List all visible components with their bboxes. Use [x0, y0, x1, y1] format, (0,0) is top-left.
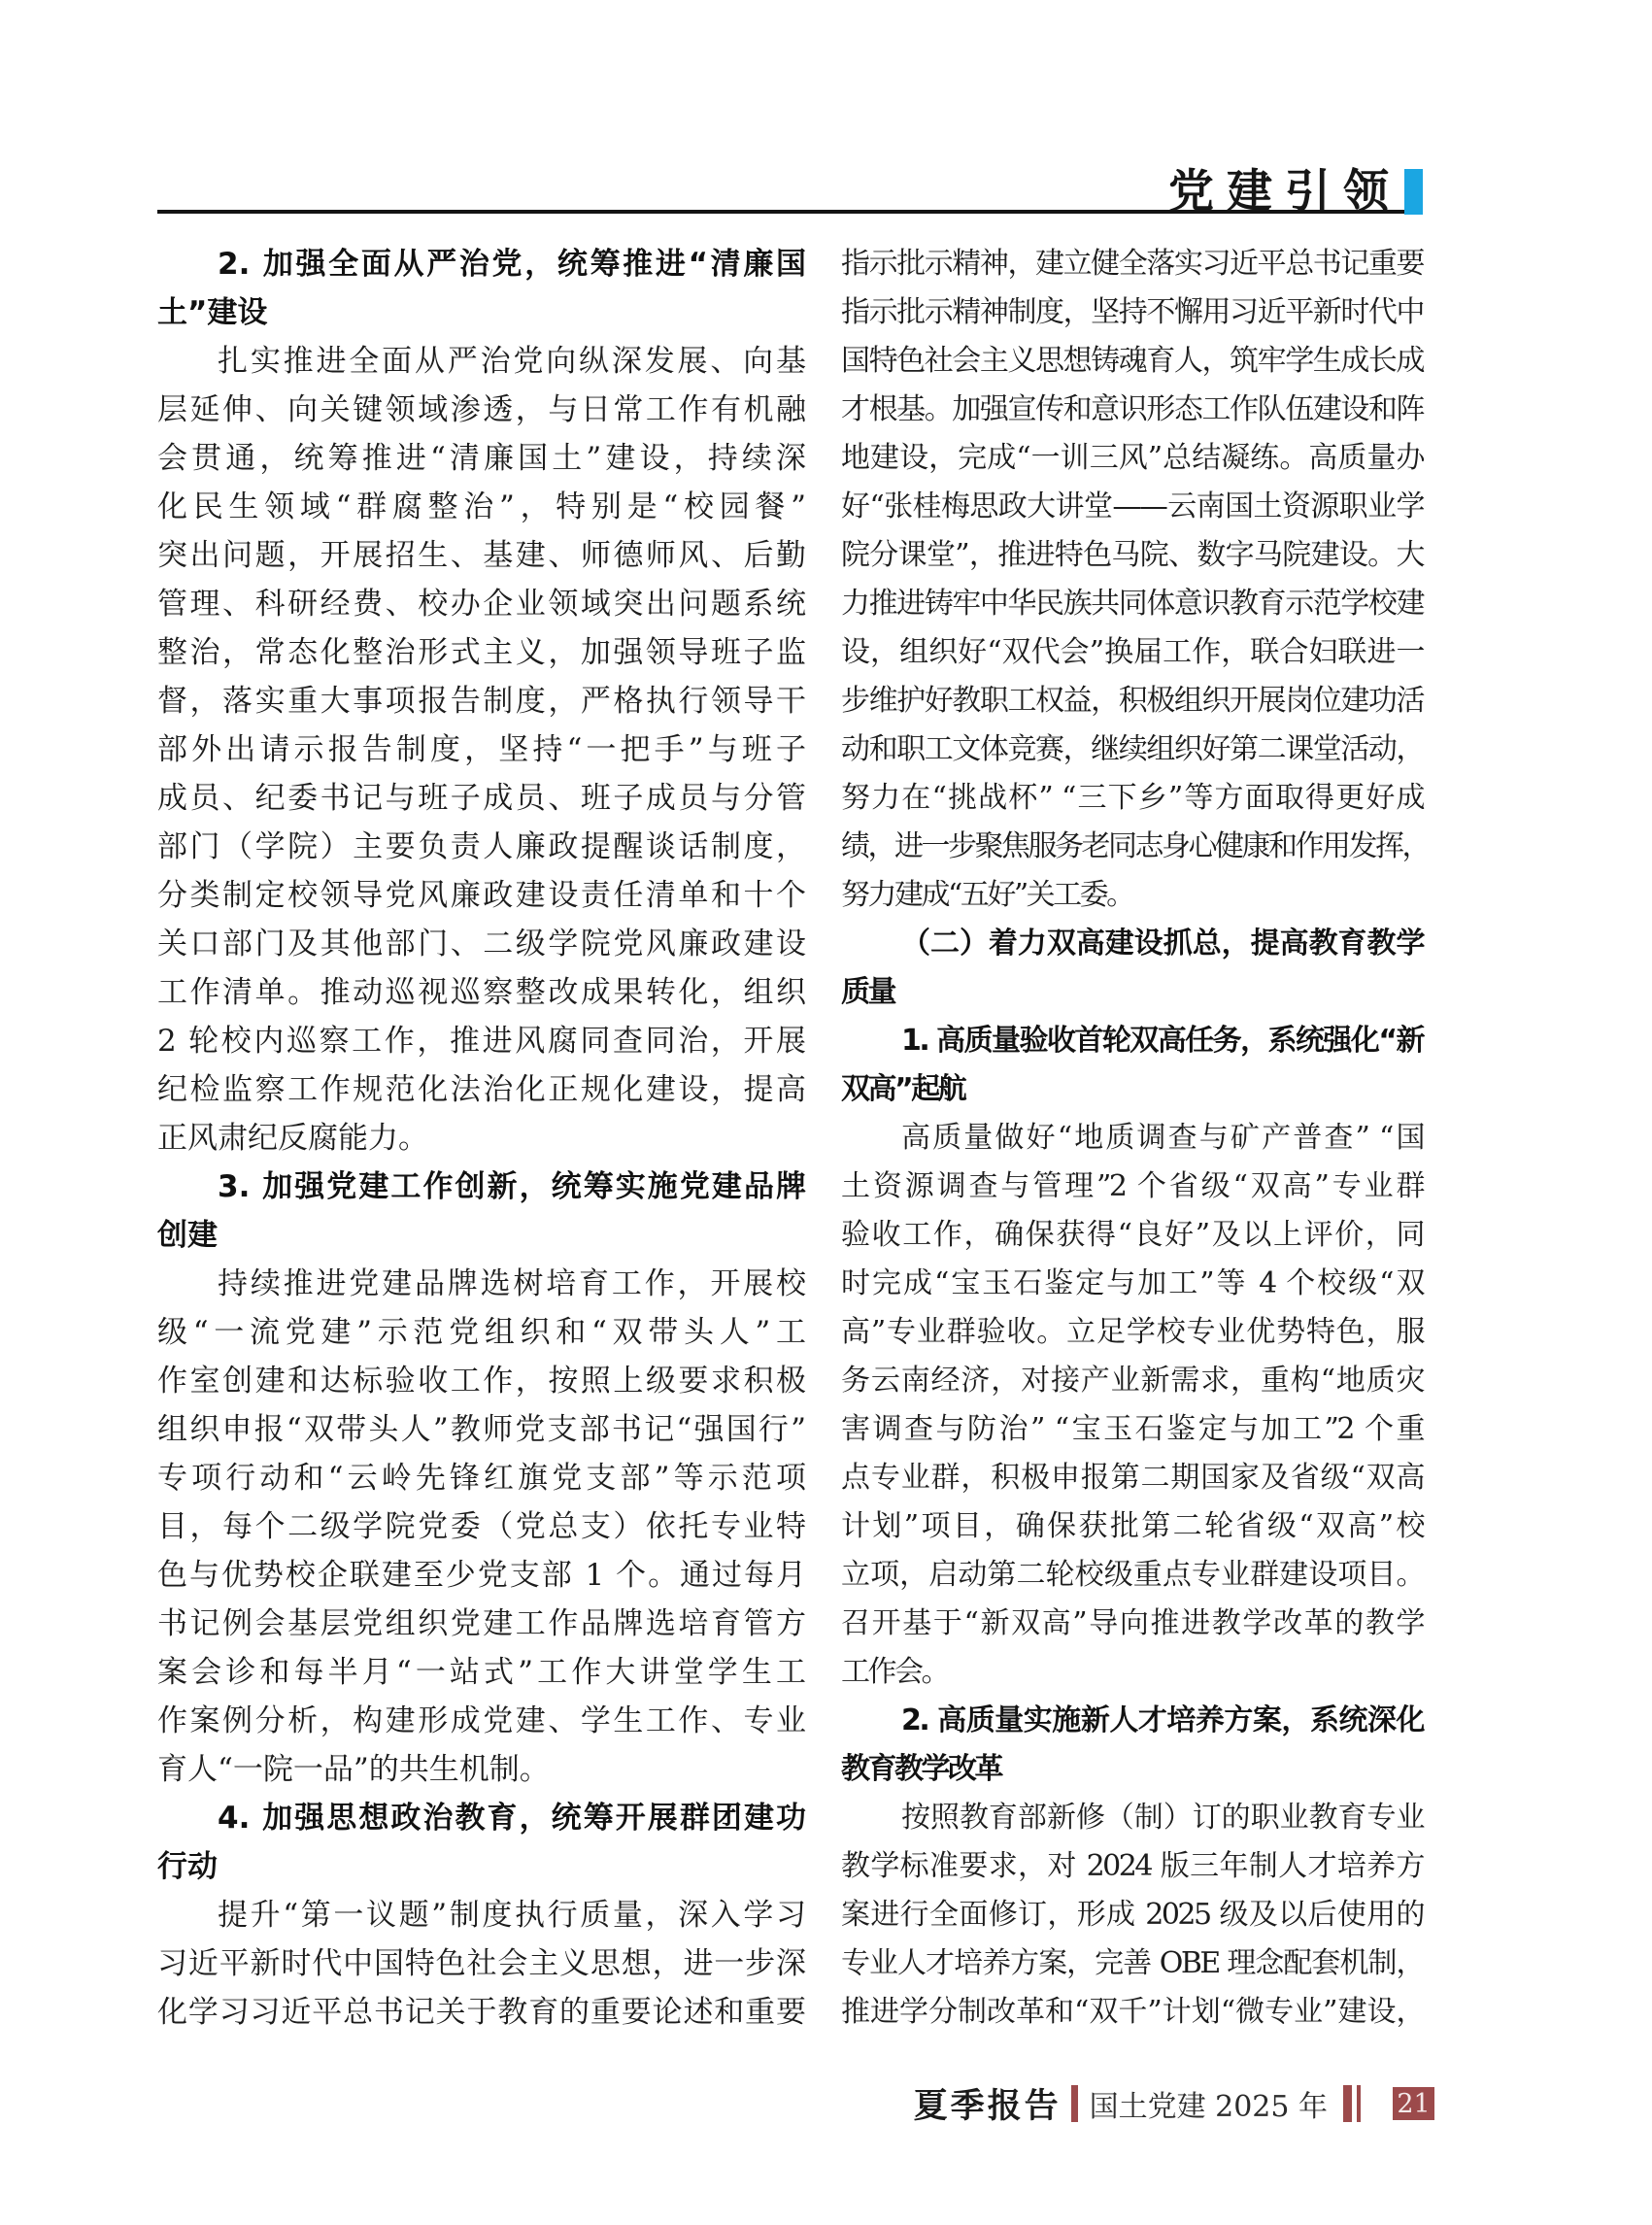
text-line: 层延伸、向关键领域渗透，与日常工作有机融 — [157, 386, 806, 434]
text-line: 3. 加强党建工作创新，统筹实施党建品牌 — [157, 1163, 806, 1211]
text-line: 化民生领域“群腐整治”，特别是“校园餐” — [157, 483, 806, 531]
text-line: 目，每个二级学院党委（党总支）依托专业特 — [157, 1502, 806, 1551]
footer-report-title: 夏季报告 — [914, 2079, 1062, 2128]
footer: 夏季报告 国土党建 2025 年 21 — [914, 2084, 1434, 2123]
text-line: 绩，进一步聚焦服务老同志身心健康和作用发挥， — [841, 823, 1423, 871]
text-line: 质量 — [841, 968, 1423, 1017]
text-line: 努力建成“五好”关工委。 — [841, 871, 1423, 920]
text-line: 扎实推进全面从严治党向纵深发展、向基 — [157, 337, 806, 386]
text-line: 好“张桂梅思政大讲堂——云南国土资源职业学 — [841, 483, 1423, 531]
text-line: 土资源调查与管理”2 个省级“双高”专业群 — [841, 1163, 1423, 1211]
text-line: 工作清单。推动巡视巡察整改成果转化，组织 — [157, 968, 806, 1017]
text-line: 教学标准要求，对 2024 版三年制人才培养方 — [841, 1842, 1423, 1891]
footer-page-number-box: 21 — [1393, 2087, 1434, 2120]
text-line: 化学习习近平总书记关于教育的重要论述和重要 — [157, 1988, 806, 2037]
text-line: 督，落实重大事项报告制度，严格执行领导干 — [157, 677, 806, 725]
text-line: 指示批示精神制度，坚持不懈用习近平新时代中 — [841, 288, 1423, 337]
footer-double-bar-thick — [1343, 2085, 1352, 2122]
text-line: 部外出请示报告制度，坚持“一把手”与班子 — [157, 725, 806, 774]
text-line: 2 轮校内巡察工作，推进风腐同查同治，开展 — [157, 1017, 806, 1065]
text-line: 关口部门及其他部门、二级学院党风廉政建设 — [157, 920, 806, 968]
footer-journal-title: 国土党建 2025 年 — [1090, 2082, 1328, 2125]
text-line: 整治，常态化整治形式主义，加强领导班子监 — [157, 628, 806, 677]
text-line: 时完成“宝玉石鉴定与加工”等 4 个校级“双 — [841, 1260, 1423, 1308]
text-line: 才根基。加强宣传和意识形态工作队伍建设和阵 — [841, 386, 1423, 434]
text-line: 动和职工文体竞赛，继续组织好第二课堂活动， — [841, 725, 1423, 774]
header-rule — [157, 210, 1404, 214]
text-line: 分类制定校领导党风廉政建设责任清单和十个 — [157, 871, 806, 920]
text-line: 点专业群，积极申报第二期国家及省级“双高 — [841, 1454, 1423, 1502]
text-line: 1. 高质量验收首轮双高任务，系统强化“新 — [841, 1017, 1423, 1065]
text-line: 务云南经济，对接产业新需求，重构“地质灾 — [841, 1357, 1423, 1405]
text-line: 持续推进党建品牌选树培育工作，开展校 — [157, 1260, 806, 1308]
text-line: 正风肃纪反腐能力。 — [157, 1114, 806, 1163]
text-line: 会贯通，统筹推进“清廉国土”建设，持续深 — [157, 434, 806, 483]
text-line: 推进学分制改革和“双千”计划“微专业”建设， — [841, 1988, 1423, 2037]
text-line: 工作会。 — [841, 1648, 1423, 1697]
text-line: 纪检监察工作规范化法治化正规化建设，提高 — [157, 1065, 806, 1114]
text-line: 努力在“挑战杯” “三下乡”等方面取得更好成 — [841, 774, 1423, 823]
text-line: 4. 加强思想政治教育，统筹开展群团建功 — [157, 1794, 806, 1842]
text-line: 国特色社会主义思想铸魂育人，筑牢学生成长成 — [841, 337, 1423, 386]
text-line: 立项，启动第二轮校级重点专业群建设项目。 — [841, 1551, 1423, 1600]
text-line: 设，组织好“双代会”换届工作，联合妇联进一 — [841, 628, 1423, 677]
text-line: 创建 — [157, 1211, 806, 1260]
text-line: 专项行动和“云岭先锋红旗党支部”等示范项 — [157, 1454, 806, 1502]
header-accent-box — [1404, 169, 1423, 215]
text-line: 害调查与防治” “宝玉石鉴定与加工”2 个重 — [841, 1405, 1423, 1454]
text-line: 行动 — [157, 1842, 806, 1891]
footer-page-number: 21 — [1397, 2091, 1430, 2117]
text-line: 成员、纪委书记与班子成员、班子成员与分管 — [157, 774, 806, 823]
footer-separator-bar — [1071, 2085, 1078, 2122]
text-line: 2. 高质量实施新人才培养方案，系统深化 — [841, 1697, 1423, 1745]
text-line: 地建设，完成“一训三风”总结凝练。高质量办 — [841, 434, 1423, 483]
text-line: 步维护好教职工权益，积极组织开展岗位建功活 — [841, 677, 1423, 725]
text-line: 书记例会基层党组织党建工作品牌选培育管方 — [157, 1600, 806, 1648]
text-line: 按照教育部新修（制）订的职业教育专业 — [841, 1794, 1423, 1842]
text-line: 突出问题，开展招生、基建、师德师风、后勤 — [157, 531, 806, 580]
text-line: 管理、科研经费、校办企业领域突出问题系统 — [157, 580, 806, 628]
text-line: 组织申报“双带头人”教师党支部书记“强国行” — [157, 1405, 806, 1454]
text-line: 习近平新时代中国特色社会主义思想，进一步深 — [157, 1939, 806, 1988]
text-line: 作室创建和达标验收工作，按照上级要求积极 — [157, 1357, 806, 1405]
right-column: 指示批示精神，建立健全落实习近平总书记重要指示批示精神制度，坚持不懈用习近平新时… — [841, 240, 1423, 2037]
text-line: 验收工作，确保获得“良好”及以上评价，同 — [841, 1211, 1423, 1260]
text-line: 计划”项目，确保获批第二轮省级“双高”校 — [841, 1502, 1423, 1551]
text-line: （二）着力双高建设抓总，提高教育教学 — [841, 920, 1423, 968]
text-line: 院分课堂”，推进特色马院、数字马院建设。大 — [841, 531, 1423, 580]
text-line: 部门（学院）主要负责人廉政提醒谈话制度， — [157, 823, 806, 871]
text-line: 召开基于“新双高”导向推进教学改革的教学 — [841, 1600, 1423, 1648]
text-line: 级“一流党建”示范党组织和“双带头人”工 — [157, 1308, 806, 1357]
text-line: 色与优势校企联建至少党支部 1 个。通过每月 — [157, 1551, 806, 1600]
text-line: 案进行全面修订，形成 2025 级及以后使用的 — [841, 1891, 1423, 1939]
text-line: 案会诊和每半月“一站式”工作大讲堂学生工 — [157, 1648, 806, 1697]
left-column: 2. 加强全面从严治党，统筹推进“清廉国土”建设扎实推进全面从严治党向纵深发展、… — [157, 240, 806, 2037]
text-line: 2. 加强全面从严治党，统筹推进“清廉国 — [157, 240, 806, 288]
text-line: 教育教学改革 — [841, 1745, 1423, 1794]
text-line: 提升“第一议题”制度执行质量，深入学习 — [157, 1891, 806, 1939]
text-line: 育人“一院一品”的共生机制。 — [157, 1745, 806, 1794]
text-line: 专业人才培养方案，完善 OBE 理念配套机制， — [841, 1939, 1423, 1988]
text-line: 高”专业群验收。立足学校专业优势特色，服 — [841, 1308, 1423, 1357]
text-line: 作案例分析，构建形成党建、学生工作、专业 — [157, 1697, 806, 1745]
footer-double-bar-thin — [1357, 2085, 1361, 2122]
text-line: 土”建设 — [157, 288, 806, 337]
text-line: 力推进铸牢中华民族共同体意识教育示范学校建 — [841, 580, 1423, 628]
text-line: 指示批示精神，建立健全落实习近平总书记重要 — [841, 240, 1423, 288]
text-line: 双高”起航 — [841, 1065, 1423, 1114]
text-line: 高质量做好“地质调查与矿产普查” “国 — [841, 1114, 1423, 1163]
